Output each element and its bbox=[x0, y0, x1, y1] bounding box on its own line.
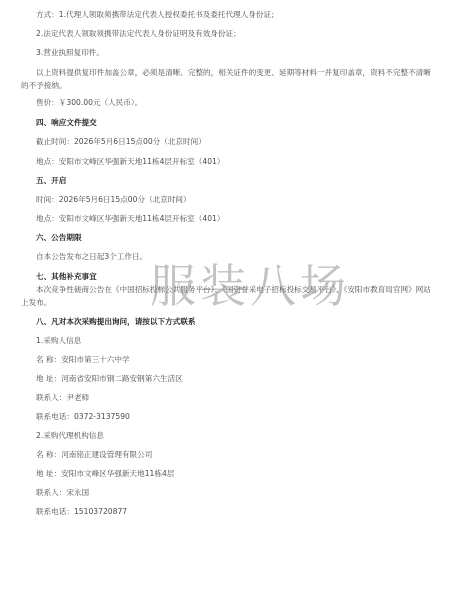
materials-note: 以上资料提供复印件加盖公章，必须是清晰、完整的，相关证件的变更、延期等材料一并复… bbox=[21, 66, 438, 92]
opening-time: 时间：2026年5月6日15点00分（北京时间） bbox=[36, 193, 438, 206]
collection-method-3: 3.营业执照复印件。 bbox=[36, 46, 438, 59]
section-heading-4: 四、响应文件提交 bbox=[36, 116, 438, 129]
agency-address: 地 址：安阳市文峰区华强新天地11栋4层 bbox=[36, 467, 438, 480]
agency-phone: 联系电话：15103720877 bbox=[36, 505, 438, 518]
agency-contact: 联系人：宋永国 bbox=[36, 486, 438, 499]
submission-deadline: 截止时间：2026年5月6日15点00分（北京时间） bbox=[36, 135, 438, 148]
purchaser-info-heading: 1.采购人信息 bbox=[36, 334, 438, 347]
agency-name: 名 称：河南铭正建设管理有限公司 bbox=[36, 448, 438, 461]
collection-method-1: 方式：1.代理人领取须携带法定代表人授权委托书及委托代理人身份证； bbox=[36, 8, 438, 21]
purchaser-name: 名 称：安阳市第三十六中学 bbox=[36, 353, 438, 366]
publication-note: 本次竞争性磋商公告在《中国招标投标公共服务平台》、《国资誉采电子招标投标交易平台… bbox=[21, 283, 438, 309]
section-heading-7: 七、其他补充事宜 bbox=[36, 270, 438, 283]
collection-method-2: 2.法定代表人领取须携带法定代表人身份证明及有效身份证； bbox=[36, 27, 438, 40]
agency-info-heading: 2.采购代理机构信息 bbox=[36, 429, 438, 442]
section-heading-8: 八、凡对本次采购提出询问，请按以下方式联系 bbox=[36, 315, 438, 328]
section-heading-5: 五、开启 bbox=[36, 174, 438, 187]
submission-location: 地点：安阳市文峰区华强新天地11栋4层开标室（401） bbox=[36, 155, 438, 168]
opening-location: 地点：安阳市文峰区华强新天地11栋4层开标室（401） bbox=[36, 212, 438, 225]
purchaser-phone: 联系电话：0372-3137590 bbox=[36, 410, 438, 423]
section-heading-6: 六、公告期限 bbox=[36, 231, 438, 244]
purchaser-contact: 联系人：尹老师 bbox=[36, 391, 438, 404]
price: 售价：￥300.00元（人民币）。 bbox=[36, 96, 438, 109]
purchaser-address: 地 址：河南省安阳市钢二路安钢第六生活区 bbox=[36, 372, 438, 385]
notice-period: 自本公告发布之日起3个工作日。 bbox=[36, 250, 438, 263]
